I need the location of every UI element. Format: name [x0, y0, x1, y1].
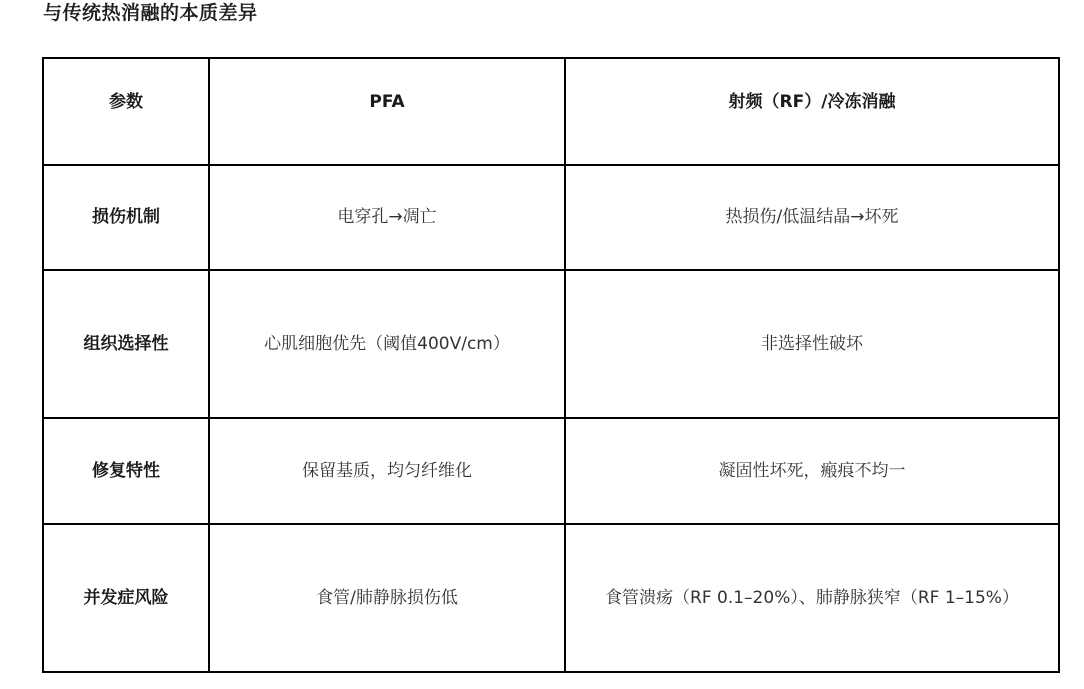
table-row: 并发症风险 食管/肺静脉损伤低 食管溃疡（RF 0.1–20%）、肺静脉狭窄（R…: [43, 524, 1059, 672]
cell-rf-cryo: 热损伤/低温结晶→坏死: [565, 165, 1059, 270]
cell-rf-cryo: 食管溃疡（RF 0.1–20%）、肺静脉狭窄（RF 1–15%）: [565, 524, 1059, 672]
cell-parameter: 损伤机制: [43, 165, 209, 270]
table-header-row: 参数 PFA 射频（RF）/冷冻消融: [43, 58, 1059, 165]
cell-pfa: 食管/肺静脉损伤低: [209, 524, 565, 672]
cell-rf-cryo: 非选择性破坏: [565, 270, 1059, 418]
cell-pfa: 心肌细胞优先（阈值400V/cm）: [209, 270, 565, 418]
table-row: 组织选择性 心肌细胞优先（阈值400V/cm） 非选择性破坏: [43, 270, 1059, 418]
header-pfa-label: PFA: [369, 92, 404, 112]
cell-parameter: 修复特性: [43, 418, 209, 524]
header-rf-cryo-label: 射频（RF）/冷冻消融: [729, 92, 896, 112]
cell-parameter: 组织选择性: [43, 270, 209, 418]
comparison-table: 参数 PFA 射频（RF）/冷冻消融 损伤机制 电穿孔→凋亡 热损伤/低温结晶→…: [42, 57, 1060, 673]
cell-pfa: 电穿孔→凋亡: [209, 165, 565, 270]
cell-parameter: 并发症风险: [43, 524, 209, 672]
cell-pfa: 保留基质，均匀纤维化: [209, 418, 565, 524]
header-parameter: 参数: [43, 58, 209, 165]
header-parameter-label: 参数: [109, 92, 143, 112]
header-pfa: PFA: [209, 58, 565, 165]
header-rf-cryo: 射频（RF）/冷冻消融: [565, 58, 1059, 165]
table-row: 损伤机制 电穿孔→凋亡 热损伤/低温结晶→坏死: [43, 165, 1059, 270]
page-title: 与传统热消融的本质差异: [43, 0, 258, 26]
table-row: 修复特性 保留基质，均匀纤维化 凝固性坏死，瘢痕不均一: [43, 418, 1059, 524]
cell-rf-cryo: 凝固性坏死，瘢痕不均一: [565, 418, 1059, 524]
